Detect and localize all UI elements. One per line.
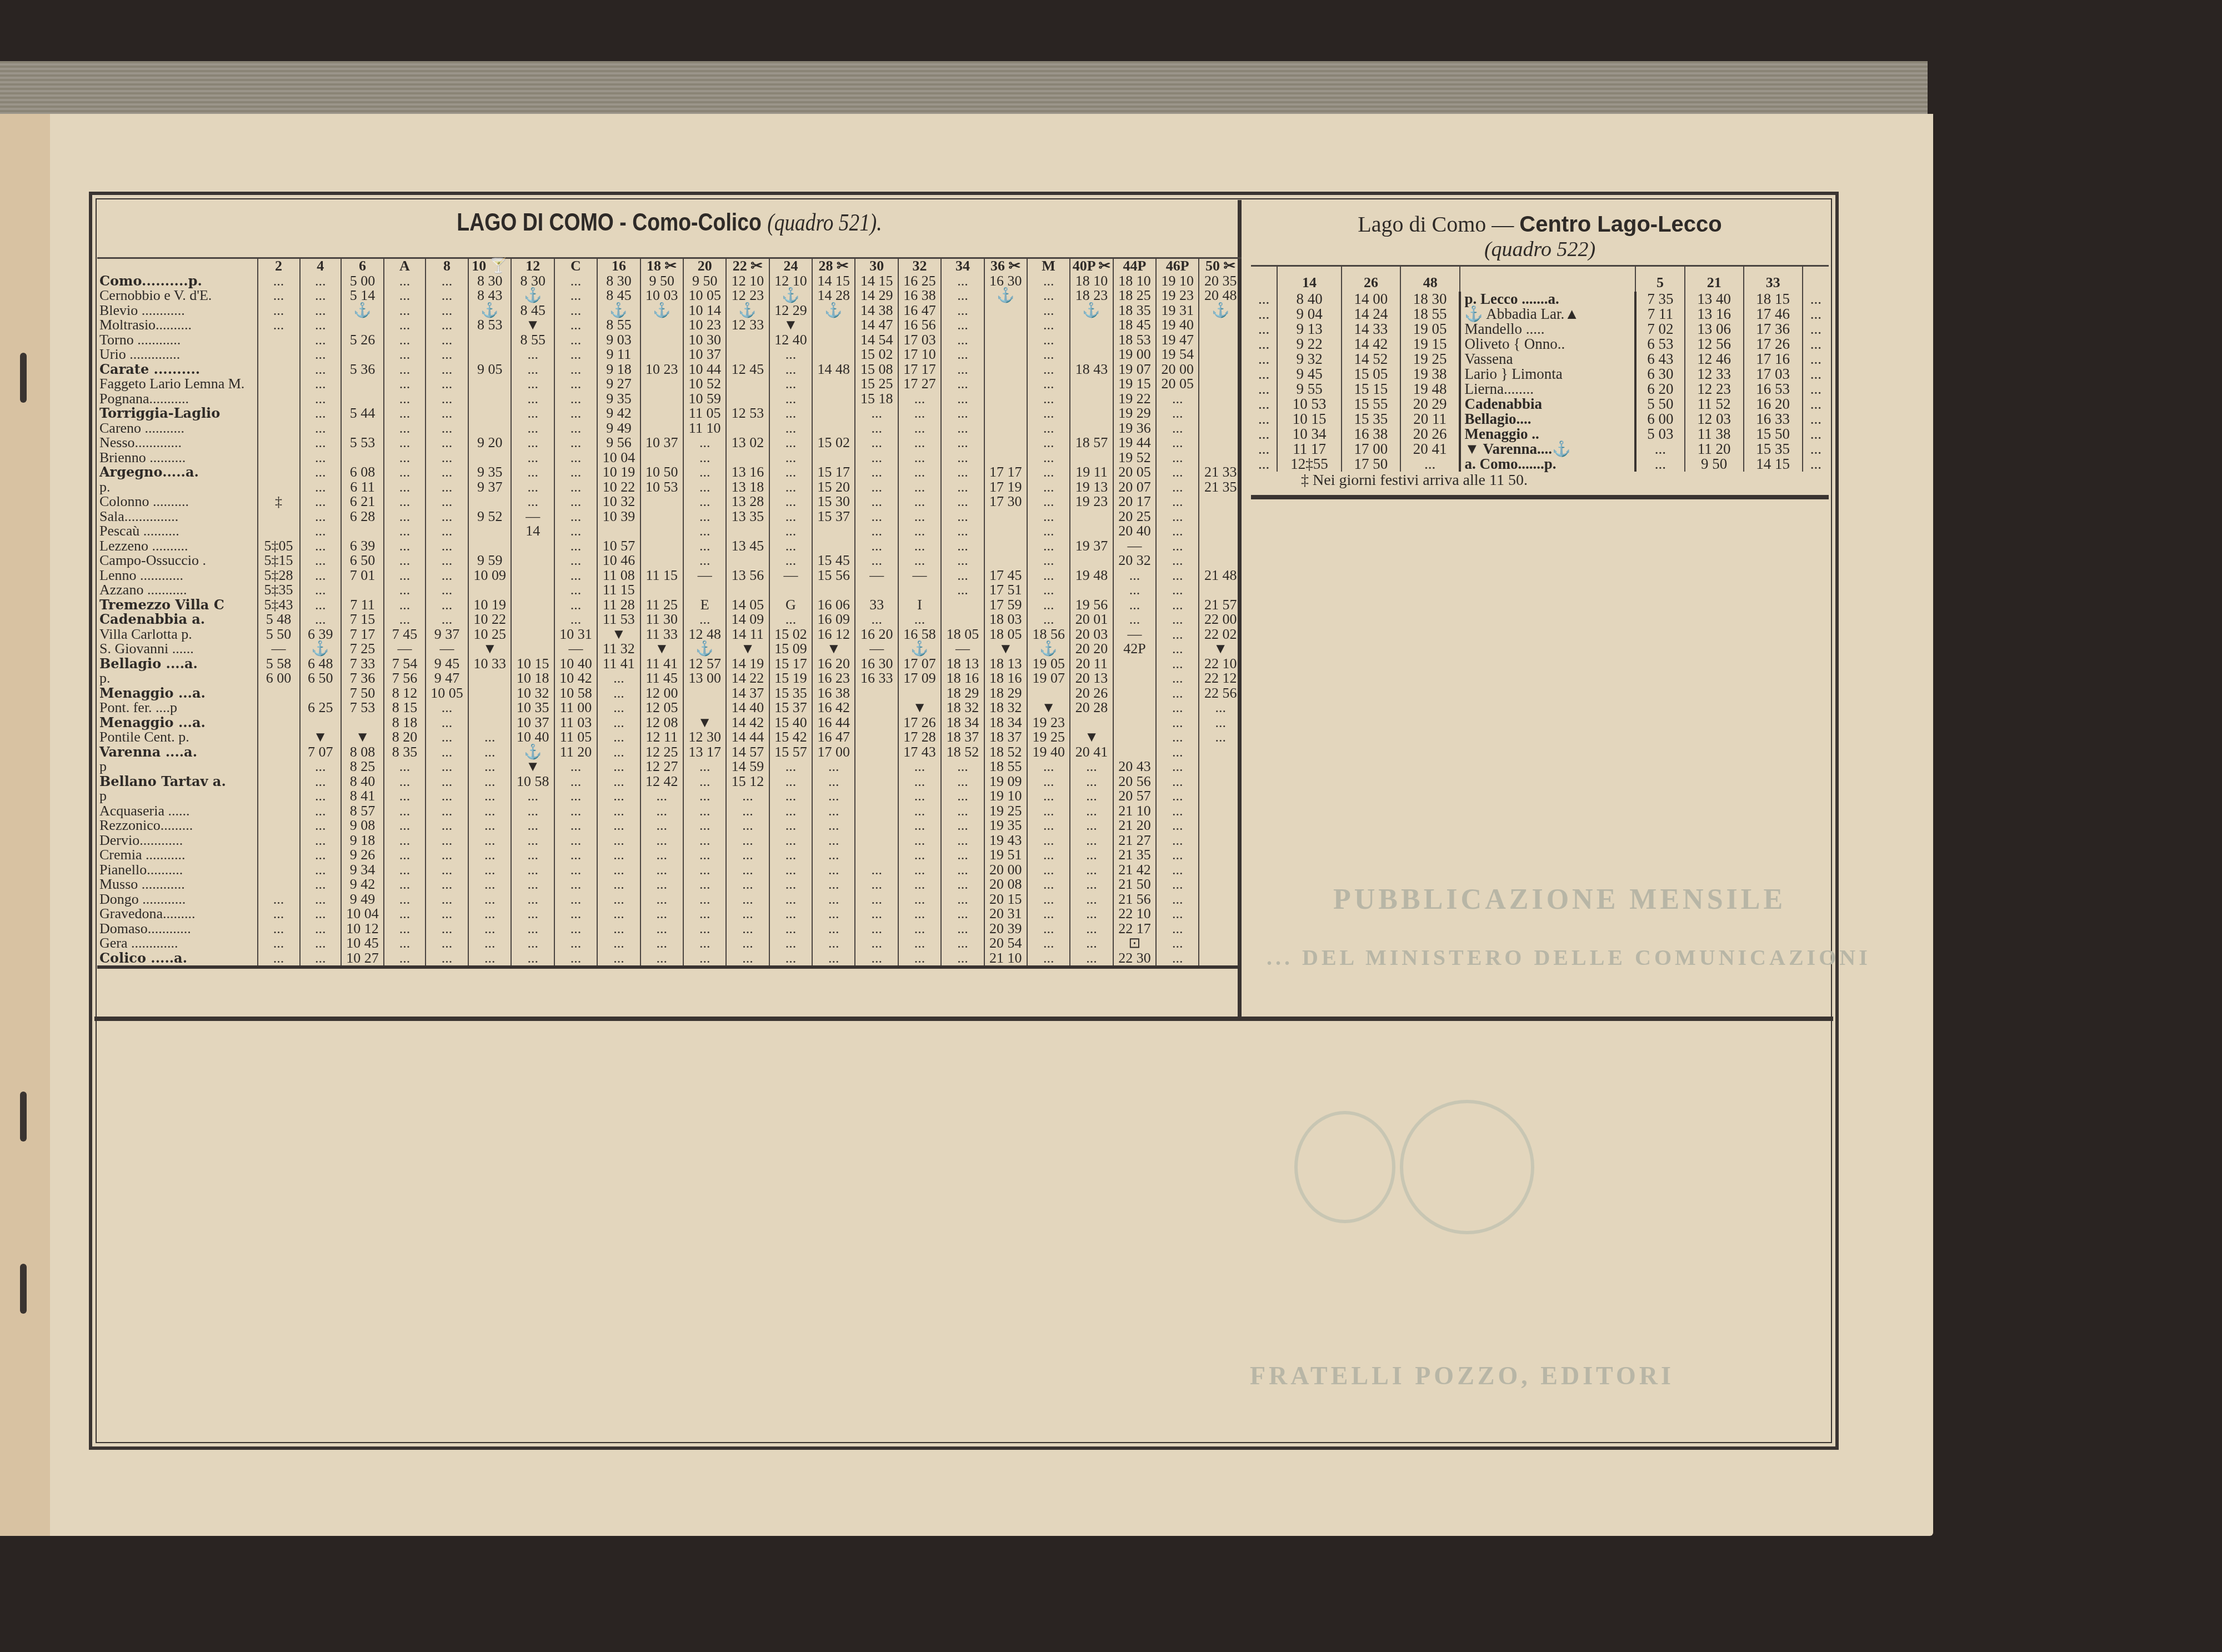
table-row: ...8 4014 0018 30p. Lecco .......a.7 351… xyxy=(1251,292,1829,307)
departure-time: 18 32 xyxy=(984,700,1027,715)
arrival-time: 9 50 xyxy=(1685,457,1744,472)
departure-time: ... xyxy=(554,951,597,968)
departure-time: 17 10 xyxy=(898,347,941,362)
departure-time: ... xyxy=(1027,480,1070,495)
departure-time: ... xyxy=(683,833,726,848)
departure-time xyxy=(511,598,554,613)
departure-time: 19 37 xyxy=(1070,539,1113,554)
departure-time: ... xyxy=(554,333,597,348)
departure-time: ... xyxy=(683,435,726,450)
departure-time: ▼ xyxy=(341,730,384,745)
departure-time: 19 15 xyxy=(1400,337,1460,352)
departure-time: ... xyxy=(384,480,425,495)
departure-time: ... xyxy=(554,922,597,937)
departure-time: 14 59 xyxy=(726,759,769,774)
departure-time: 10 22 xyxy=(468,612,511,627)
departure-time: 15 02 xyxy=(769,627,812,642)
station-name: Cadenabbia a. xyxy=(97,612,258,627)
departure-time xyxy=(258,848,300,863)
departure-time: ... xyxy=(554,804,597,819)
departure-time: ... xyxy=(683,877,726,892)
departure-time: ... xyxy=(855,936,898,951)
column-header: 32 xyxy=(898,258,941,274)
station-name: Cadenabbia xyxy=(1460,397,1635,412)
column-header: 48 xyxy=(1400,266,1460,292)
departure-time: ... xyxy=(1251,427,1277,442)
departure-time: 5 50 xyxy=(258,627,300,642)
departure-time xyxy=(640,524,683,539)
departure-time xyxy=(640,406,683,421)
section-divider xyxy=(94,1017,1833,1021)
departure-time: ... xyxy=(898,951,941,968)
departure-time: ... xyxy=(640,922,683,937)
departure-time: 19 36 xyxy=(1113,421,1156,436)
departure-time: 14 54 xyxy=(855,333,898,348)
departure-time: ... xyxy=(1070,833,1113,848)
departure-time: 6 28 xyxy=(341,509,384,524)
departure-time: 10 27 xyxy=(341,951,384,968)
departure-time: ... xyxy=(300,435,341,450)
departure-time: ... xyxy=(300,922,341,937)
departure-time: 15 37 xyxy=(769,700,812,715)
departure-time: ... xyxy=(1070,922,1113,937)
departure-time: 8 25 xyxy=(341,759,384,774)
departure-time: 11 25 xyxy=(640,598,683,613)
departure-time: 14 15 xyxy=(812,274,855,289)
quadro-reference: (quadro 521). xyxy=(767,209,882,236)
departure-time xyxy=(1199,450,1242,465)
departure-time: ... xyxy=(941,392,984,407)
departure-time: 10 50 xyxy=(640,465,683,480)
arrival-time: 7 02 xyxy=(1635,322,1684,337)
departure-time: ... xyxy=(426,583,468,598)
departure-time: 16 30 xyxy=(855,657,898,672)
departure-time: ... xyxy=(769,848,812,863)
departure-time: ... xyxy=(468,951,511,968)
departure-time: 20 07 xyxy=(1113,480,1156,495)
departure-time: — xyxy=(683,568,726,583)
departure-time: ... xyxy=(941,303,984,318)
departure-time: ... xyxy=(258,303,300,318)
departure-time: 13 35 xyxy=(726,509,769,524)
departure-time: 11 03 xyxy=(554,715,597,730)
arrival-time: 15 35 xyxy=(1744,442,1803,457)
departure-time: ... xyxy=(769,789,812,804)
column-header: 2 xyxy=(258,258,300,274)
departure-time: 9 22 xyxy=(1277,337,1342,352)
departure-time: ... xyxy=(1251,307,1277,322)
departure-time: ⚓ xyxy=(1070,303,1113,318)
departure-time: 20 00 xyxy=(1156,362,1199,377)
departure-time: ... xyxy=(554,568,597,583)
departure-time: ... xyxy=(769,465,812,480)
departure-time: ... xyxy=(769,936,812,951)
departure-time: 20 39 xyxy=(984,922,1027,937)
departure-time: ... xyxy=(1027,465,1070,480)
arrival-time: ... xyxy=(1803,427,1829,442)
departure-time xyxy=(812,450,855,465)
departure-time: 13 17 xyxy=(683,745,726,760)
departure-time: ... xyxy=(300,524,341,539)
departure-time: ... xyxy=(258,288,300,303)
departure-time: ... xyxy=(426,848,468,863)
departure-time: 10 15 xyxy=(1277,412,1342,427)
departure-time: 18 29 xyxy=(941,686,984,701)
departure-time xyxy=(1113,671,1156,686)
departure-time: ... xyxy=(941,509,984,524)
departure-time: ... xyxy=(426,877,468,892)
departure-time: 20 41 xyxy=(1070,745,1113,760)
table-row: Villa Carlotta p.5 506 397 177 459 3710 … xyxy=(97,627,1242,642)
departure-time: 42P xyxy=(1113,642,1156,657)
departure-time: ... xyxy=(384,568,425,583)
arrival-time: 17 36 xyxy=(1744,322,1803,337)
departure-time: ... xyxy=(426,833,468,848)
arrival-time: 6 20 xyxy=(1635,382,1684,397)
staple xyxy=(20,1092,27,1142)
departure-time xyxy=(1199,524,1242,539)
departure-time xyxy=(258,465,300,480)
departure-time: ... xyxy=(426,539,468,554)
departure-time: 10 19 xyxy=(468,598,511,613)
departure-time: ... xyxy=(300,450,341,465)
departure-time: ... xyxy=(1027,392,1070,407)
station-name: Bellagio ....a. xyxy=(97,657,258,672)
departure-time: 16 25 xyxy=(898,274,941,289)
departure-time: 15 35 xyxy=(1342,412,1400,427)
departure-time: 9 59 xyxy=(468,553,511,568)
departure-time xyxy=(341,318,384,333)
departure-time: 19 38 xyxy=(1400,367,1460,382)
staple xyxy=(20,353,27,403)
station-name: Oliveto { Onno.. xyxy=(1460,337,1635,352)
departure-time: 15 45 xyxy=(812,553,855,568)
departure-time: 10 04 xyxy=(341,907,384,922)
departure-time: — xyxy=(384,642,425,657)
departure-time: 10 18 xyxy=(511,671,554,686)
departure-time: ... xyxy=(898,553,941,568)
departure-time xyxy=(984,406,1027,421)
departure-time xyxy=(258,833,300,848)
departure-time xyxy=(898,583,941,598)
departure-time: ... xyxy=(597,848,640,863)
table-row: Cremia ..............9 26...............… xyxy=(97,848,1242,863)
departure-time: 10 53 xyxy=(1277,397,1342,412)
departure-time: ... xyxy=(300,539,341,554)
departure-time: ... xyxy=(554,774,597,789)
departure-time: 20 17 xyxy=(1113,494,1156,509)
departure-time: ▼ xyxy=(511,759,554,774)
departure-time: 18 53 xyxy=(1113,333,1156,348)
departure-time xyxy=(855,715,898,730)
departure-time: ... xyxy=(769,877,812,892)
departure-time: ... xyxy=(384,818,425,833)
departure-time: ... xyxy=(941,833,984,848)
departure-time: ... xyxy=(726,922,769,937)
departure-time: ... xyxy=(726,936,769,951)
departure-time: 10 59 xyxy=(683,392,726,407)
departure-time: 15 42 xyxy=(769,730,812,745)
departure-time: 11 08 xyxy=(597,568,640,583)
departure-time: ... xyxy=(941,288,984,303)
departure-time: ... xyxy=(640,936,683,951)
departure-time: 15 30 xyxy=(812,494,855,509)
departure-time: 15 12 xyxy=(726,774,769,789)
departure-time: ... xyxy=(384,347,425,362)
departure-time: ... xyxy=(1156,877,1199,892)
departure-time xyxy=(1113,700,1156,715)
departure-time: 19 31 xyxy=(1156,303,1199,318)
table-row: Colico .....a.......10 27...............… xyxy=(97,951,1242,968)
departure-time: ... xyxy=(258,907,300,922)
departure-time: 10 37 xyxy=(683,347,726,362)
departure-time: 15 02 xyxy=(812,435,855,450)
departure-time: ⚓ xyxy=(769,288,812,303)
departure-time xyxy=(984,509,1027,524)
departure-time: 16 06 xyxy=(812,598,855,613)
departure-time: 22 02 xyxy=(1199,627,1242,642)
departure-time xyxy=(258,818,300,833)
departure-time: ... xyxy=(511,392,554,407)
departure-time: ... xyxy=(855,907,898,922)
departure-time xyxy=(1199,892,1242,907)
departure-time: 15 19 xyxy=(769,671,812,686)
departure-time: 18 05 xyxy=(984,627,1027,642)
arrival-time: 17 46 xyxy=(1744,307,1803,322)
departure-time: ... xyxy=(1027,804,1070,819)
departure-time: ... xyxy=(898,907,941,922)
departure-time: ... xyxy=(683,951,726,968)
departure-time: ... xyxy=(1027,612,1070,627)
departure-time: ... xyxy=(511,421,554,436)
departure-time: ... xyxy=(769,362,812,377)
station-name: Lezzeno .......... xyxy=(97,539,258,554)
departure-time: 8 41 xyxy=(341,789,384,804)
departure-time: ▼ xyxy=(300,730,341,745)
departure-time: 10 58 xyxy=(511,774,554,789)
departure-time xyxy=(1199,494,1242,509)
departure-time xyxy=(341,583,384,598)
departure-time: ... xyxy=(769,392,812,407)
departure-time: 33 xyxy=(855,598,898,613)
table-row: p...8 41................................… xyxy=(97,789,1242,804)
departure-time: 18 52 xyxy=(941,745,984,760)
departure-time: ... xyxy=(1027,583,1070,598)
departure-time: ... xyxy=(898,392,941,407)
departure-time: 19 11 xyxy=(1070,465,1113,480)
departure-time: 11 41 xyxy=(640,657,683,672)
departure-time: 14 52 xyxy=(1342,352,1400,367)
departure-time xyxy=(511,553,554,568)
departure-time: 10 39 xyxy=(597,509,640,524)
departure-time xyxy=(984,539,1027,554)
departure-time: 13 02 xyxy=(726,435,769,450)
column-header: 16 xyxy=(597,258,640,274)
departure-time: ▼ xyxy=(640,642,683,657)
departure-time: ... xyxy=(554,392,597,407)
departure-time: ... xyxy=(769,480,812,495)
departure-time xyxy=(855,774,898,789)
table-row: Lenno ............5‡28...7 01......10 09… xyxy=(97,568,1242,583)
departure-time xyxy=(1199,907,1242,922)
departure-time xyxy=(1199,318,1242,333)
table-row: ...12‡5517 50...a. Como.......p....9 501… xyxy=(1251,457,1829,472)
departure-time xyxy=(300,686,341,701)
departure-time: ... xyxy=(300,406,341,421)
departure-time: ... xyxy=(258,922,300,937)
departure-time xyxy=(258,524,300,539)
column-header: 34 xyxy=(941,258,984,274)
departure-time: 9 18 xyxy=(341,833,384,848)
departure-time: ... xyxy=(554,818,597,833)
departure-time xyxy=(468,686,511,701)
departure-time: 19 25 xyxy=(1027,730,1070,745)
departure-time: ... xyxy=(941,892,984,907)
departure-time: 20 56 xyxy=(1113,774,1156,789)
departure-time: ... xyxy=(384,936,425,951)
departure-time: ... xyxy=(683,848,726,863)
departure-time: ... xyxy=(1070,907,1113,922)
departure-time: 20 05 xyxy=(1156,377,1199,392)
departure-time: ... xyxy=(300,907,341,922)
departure-time: 11 28 xyxy=(597,598,640,613)
departure-time xyxy=(640,509,683,524)
departure-time: ... xyxy=(812,951,855,968)
departure-time: 15 56 xyxy=(812,568,855,583)
departure-time xyxy=(1199,377,1242,392)
departure-time: ... xyxy=(597,715,640,730)
departure-time: 14 15 xyxy=(855,274,898,289)
departure-time xyxy=(812,524,855,539)
departure-time xyxy=(468,347,511,362)
departure-time xyxy=(1199,759,1242,774)
departure-time: 21 20 xyxy=(1113,818,1156,833)
departure-time: 18 25 xyxy=(1113,288,1156,303)
table-row: ...9 2214 4219 15Oliveto { Onno..6 5312 … xyxy=(1251,337,1829,352)
departure-time: 19 22 xyxy=(1113,392,1156,407)
departure-time: 9 26 xyxy=(341,848,384,863)
departure-time: 14 48 xyxy=(812,362,855,377)
departure-time: 10 04 xyxy=(597,450,640,465)
departure-time: 18 43 xyxy=(1070,362,1113,377)
departure-time xyxy=(258,745,300,760)
departure-time: ... xyxy=(1027,362,1070,377)
departure-time: ... xyxy=(769,833,812,848)
departure-time: ... xyxy=(426,480,468,495)
departure-time: ... xyxy=(554,907,597,922)
departure-time: 17 00 xyxy=(812,745,855,760)
departure-time xyxy=(258,774,300,789)
departure-time xyxy=(258,686,300,701)
departure-time: ... xyxy=(640,818,683,833)
departure-time: ... xyxy=(1156,627,1199,642)
departure-time: ... xyxy=(300,392,341,407)
station-name: Bellano Tartav a. xyxy=(97,774,258,789)
departure-time: ... xyxy=(300,318,341,333)
departure-time: ... xyxy=(384,863,425,878)
station-name: Torno ............ xyxy=(97,333,258,348)
departure-time: 20 11 xyxy=(1070,657,1113,672)
departure-time: ... xyxy=(898,804,941,819)
departure-time: 21 27 xyxy=(1113,833,1156,848)
departure-time: — xyxy=(1113,627,1156,642)
departure-time xyxy=(769,583,812,598)
departure-time: 5‡05 xyxy=(258,539,300,554)
departure-time xyxy=(984,347,1027,362)
departure-time: ... xyxy=(898,450,941,465)
departure-time: 8 20 xyxy=(384,730,425,745)
departure-time: ... xyxy=(300,936,341,951)
departure-time: 12 57 xyxy=(683,657,726,672)
departure-time: ... xyxy=(384,421,425,436)
departure-time: ... xyxy=(468,863,511,878)
departure-time: 11 30 xyxy=(640,612,683,627)
departure-time: ... xyxy=(384,524,425,539)
table-row: Tremezzo Villa C5‡43...7 11......10 19..… xyxy=(97,598,1242,613)
station-name: Bellagio.... xyxy=(1460,412,1635,427)
station-name: S. Giovanni ...... xyxy=(97,642,258,657)
departure-time: ... xyxy=(1156,892,1199,907)
departure-time: ... xyxy=(468,907,511,922)
departure-time: ⚓ xyxy=(640,303,683,318)
departure-time: ... xyxy=(941,922,984,937)
departure-time: ... xyxy=(597,745,640,760)
departure-time: 11 15 xyxy=(597,583,640,598)
departure-time xyxy=(258,759,300,774)
departure-time: 14 28 xyxy=(812,288,855,303)
departure-time: ... xyxy=(426,745,468,760)
departure-time xyxy=(258,730,300,745)
departure-time xyxy=(1199,347,1242,362)
arrival-time: 16 33 xyxy=(1744,412,1803,427)
departure-time: 17 59 xyxy=(984,598,1027,613)
departure-time xyxy=(984,318,1027,333)
departure-time: ... xyxy=(384,848,425,863)
departure-time xyxy=(1070,318,1113,333)
departure-time xyxy=(258,362,300,377)
departure-time: ... xyxy=(941,789,984,804)
departure-time: 19 15 xyxy=(1113,377,1156,392)
departure-time: ... xyxy=(1156,657,1199,672)
departure-time xyxy=(258,406,300,421)
departure-time: ... xyxy=(554,583,597,598)
column-header: 10 🍸 xyxy=(468,258,511,274)
departure-time: 5‡43 xyxy=(258,598,300,613)
departure-time xyxy=(984,421,1027,436)
departure-time: ... xyxy=(554,598,597,613)
departure-time: ... xyxy=(1156,789,1199,804)
departure-time: 9 56 xyxy=(597,435,640,450)
departure-time: ... xyxy=(384,951,425,968)
arrival-time: 5 50 xyxy=(1635,397,1684,412)
departure-time: ⚓ xyxy=(984,288,1027,303)
arrival-time: 7 11 xyxy=(1635,307,1684,322)
departure-time: ... xyxy=(426,377,468,392)
departure-time: ... xyxy=(640,951,683,968)
departure-time: ... xyxy=(812,804,855,819)
departure-time: ... xyxy=(554,494,597,509)
departure-time: ... xyxy=(426,951,468,968)
departure-time: ... xyxy=(426,922,468,937)
departure-time: 14 44 xyxy=(726,730,769,745)
departure-time: 16 44 xyxy=(812,715,855,730)
departure-time: ▼ xyxy=(984,642,1027,657)
departure-time: 14 38 xyxy=(855,303,898,318)
departure-time: ... xyxy=(855,494,898,509)
departure-time: 16 38 xyxy=(1342,427,1400,442)
departure-time: 7 50 xyxy=(341,686,384,701)
departure-time: ... xyxy=(726,789,769,804)
